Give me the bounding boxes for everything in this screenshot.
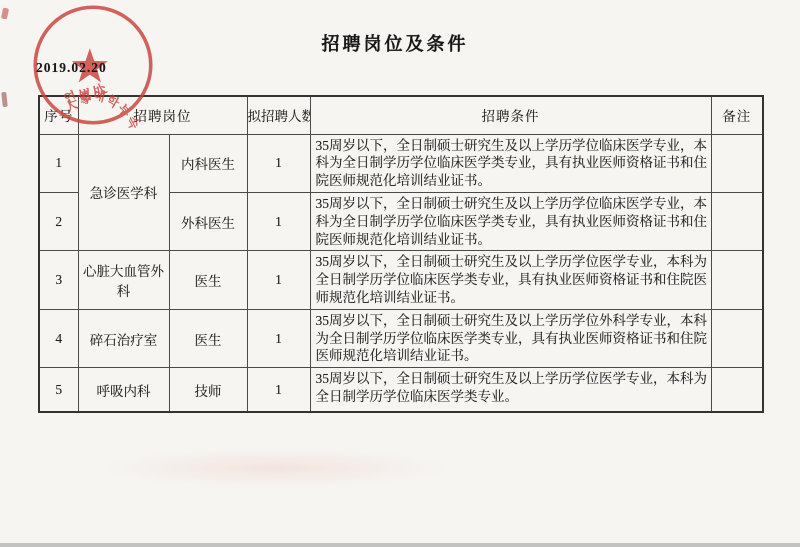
scanned-document-page: 招聘岗位及条件 2019.02.20 연변대학부속병원延边大学附属医院 人事处 … — [0, 0, 800, 547]
dept-cell: 碎石治疗室 — [78, 309, 169, 367]
dept-cell: 心脏大血管外科 — [78, 251, 169, 309]
condition-cell: 35周岁以下，全日制硕士研究生及以上学历学位临床医学专业，本科为全日制学历学位临… — [310, 192, 711, 250]
remark-cell — [711, 309, 763, 367]
dept-cell: 呼吸内科 — [78, 368, 169, 412]
count-cell: 1 — [247, 368, 310, 412]
scan-edge-artifact — [1, 92, 8, 107]
role-cell: 内科医生 — [169, 134, 247, 192]
scan-bottom-edge — [0, 543, 800, 547]
header-remarks: 备注 — [711, 96, 763, 134]
role-cell: 外科医生 — [169, 192, 247, 250]
remark-cell — [711, 192, 763, 250]
count-cell: 1 — [247, 134, 310, 192]
table-row: 4 碎石治疗室 医生 1 35周岁以下，全日制硕士研究生及以上学历学位外科学专业… — [39, 309, 763, 367]
recruitment-table: 序号 招聘岗位 拟招聘人数 招聘条件 备注 1 急诊医学科 内科医生 1 35周… — [38, 95, 764, 413]
count-cell: 1 — [247, 251, 310, 309]
header-headcount: 拟招聘人数 — [247, 96, 310, 134]
table-row: 1 急诊医学科 内科医生 1 35周岁以下，全日制硕士研究生及以上学历学位临床医… — [39, 134, 763, 192]
stamp-date: 2019.02.20 — [36, 60, 107, 76]
row-no: 1 — [39, 134, 78, 192]
condition-cell: 35周岁以下，全日制硕士研究生及以上学历学位临床医学专业，本科为全日制学历学位临… — [310, 134, 711, 192]
row-no: 3 — [39, 251, 78, 309]
condition-cell: 35周岁以下，全日制硕士研究生及以上学历学位医学专业，本科为全日制学历学位临床医… — [310, 251, 711, 309]
count-cell: 1 — [247, 309, 310, 367]
table-row: 3 心脏大血管外科 医生 1 35周岁以下，全日制硕士研究生及以上学历学位医学专… — [39, 251, 763, 309]
remark-cell — [711, 368, 763, 412]
scan-edge-artifact — [1, 7, 9, 19]
remark-cell — [711, 251, 763, 309]
header-conditions: 招聘条件 — [310, 96, 711, 134]
role-cell: 医生 — [169, 251, 247, 309]
row-no: 4 — [39, 309, 78, 367]
count-cell: 1 — [247, 192, 310, 250]
row-no: 5 — [39, 368, 78, 412]
scan-smudge-artifact — [100, 448, 450, 488]
table-row: 5 呼吸内科 技师 1 35周岁以下，全日制硕士研究生及以上学历学位医学专业，本… — [39, 368, 763, 412]
role-cell: 技师 — [169, 368, 247, 412]
condition-cell: 35周岁以下，全日制硕士研究生及以上学历学位医学专业，本科为全日制学历学位临床医… — [310, 368, 711, 412]
row-no: 2 — [39, 192, 78, 250]
remark-cell — [711, 134, 763, 192]
condition-cell: 35周岁以下，全日制硕士研究生及以上学历学位外科学专业，本科为全日制学历学位临床… — [310, 309, 711, 367]
dept-cell: 急诊医学科 — [78, 134, 169, 251]
role-cell: 医生 — [169, 309, 247, 367]
